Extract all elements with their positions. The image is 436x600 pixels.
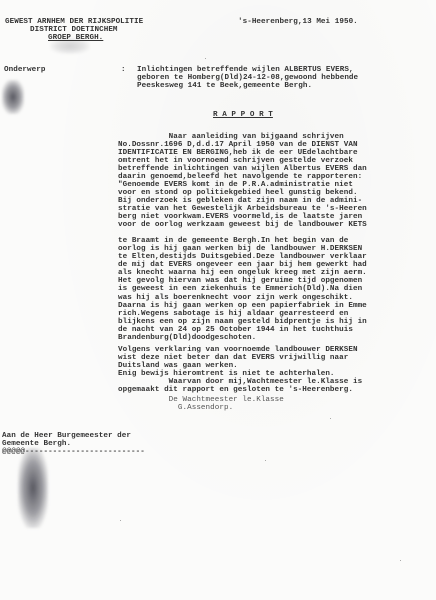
scan-speck — [120, 520, 121, 521]
subject-line-1: Inlichtingen betreffende wijlen ALBERTUS… — [137, 66, 354, 74]
addressee-line1: Aan de Heer Burgemeester der — [2, 432, 131, 440]
subject-colon: : — [121, 66, 126, 74]
addressee-line2: Gemeente Bergh. — [2, 440, 71, 448]
body-line: wist deze niet beter dan dat EVERS vrijw… — [118, 354, 348, 362]
body-line: No.Dossnr.1696 D,d.d.17 April 1950 van d… — [118, 141, 358, 149]
scan-speck — [265, 460, 266, 461]
body-line: is geweest in een ziekenhuis te Emmerich… — [118, 285, 362, 293]
scan-smudge-top — [2, 80, 24, 114]
body-line: stratie van het Gewestelijk Arbeidsburea… — [118, 205, 367, 213]
subject-line-3: Peeskesweg 141 te Beek,gemeente Bergh. — [137, 82, 312, 90]
body-line: Brandenburg(Dld)doodgeschoten. — [118, 334, 256, 342]
body-line: berg niet voorkwam.EVERS voormeld,is de … — [118, 213, 362, 221]
body-line: Duitsland was gaan werken. — [118, 362, 238, 370]
body-line: als knecht waarna hij een ongeluk kreeg … — [118, 269, 367, 277]
body-line: de nacht van 24 op 25 October 1944 in he… — [118, 326, 353, 334]
body-line: Naar aanleiding van bijgaand schrijven — [118, 133, 344, 141]
body-line: oorlog is hij gaan werken bij de landbou… — [118, 245, 362, 253]
signature-name: G.Assendorp. — [118, 404, 233, 412]
body-line: was hij als boerenknecht voor zijn werk … — [118, 294, 353, 302]
body-line: Enig bewijs hieromtrent is niet te achte… — [118, 370, 335, 378]
addressee-rule: @@@@@-------------------------- — [2, 448, 145, 456]
body-line: Volgens verklaring van voornoemde landbo… — [118, 346, 358, 354]
body-line: Bij onderzoek is gebleken dat zijn naam … — [118, 197, 362, 205]
body-line: rich.Wegens sabotage is hij aldaar gearr… — [118, 310, 348, 318]
report-title: R A P P O R T — [213, 111, 273, 119]
scanned-document-page: GEWEST ARNHEM DER RIJKSPOLITIE DISTRICT … — [0, 0, 436, 600]
body-line: voor de oorlog werkzaam geweest bij de l… — [118, 221, 367, 229]
body-line: de mij dat EVERS ongeveer een jaar bij h… — [118, 261, 367, 269]
signature-title: De Wachtmeester le.Klasse — [118, 396, 284, 404]
letterhead-line2: DISTRICT DOETINCHEM — [30, 26, 118, 34]
body-line: "Genoemde EVERS komt in de P.R.A.adminis… — [118, 181, 353, 189]
body-line: Het gevolg hiervan was dat hij geruime t… — [118, 277, 362, 285]
scan-speck — [400, 560, 401, 561]
date-line: 's-Heerenberg,13 Mei 1950. — [238, 18, 358, 26]
body-line: opgemaakt dit rapport en gesloten te 's-… — [118, 386, 353, 394]
body-line: IDENTIFICATIE EN BERGING,heb ik de eer U… — [118, 149, 358, 157]
scan-speck — [330, 418, 331, 419]
body-line: Daarna is hij gaan werken op een papierf… — [118, 302, 367, 310]
body-line: voor en stond op politiekgebied heel gun… — [118, 189, 358, 197]
letterhead-line1: GEWEST ARNHEM DER RIJKSPOLITIE — [5, 18, 143, 26]
body-line: omtrent het in voornoemd schrijven geste… — [118, 157, 353, 165]
body-line: Waarvan door mij,Wachtmeester le.Klasse … — [118, 378, 362, 386]
body-line: betreffende inlichtingen van wijlen Albe… — [118, 165, 367, 173]
scan-speck — [205, 58, 206, 59]
body-line: blijkens een op zijn naam gesteld bidpre… — [118, 318, 367, 326]
subject-label: Onderwerp — [4, 66, 45, 74]
letterhead-line3: GROEP BERGH. — [48, 34, 103, 42]
body-line: te Elten,destijds Duitsgebied.Deze landb… — [118, 253, 367, 261]
body-line: daarin genoemd,beleefd het navolgende te… — [118, 173, 362, 181]
scan-smudge-bottom — [18, 448, 48, 528]
body-line: te Braamt in de gemeente Bergh.In het be… — [118, 237, 348, 245]
subject-line-2: geboren te Homberg(Dld)24-12-08,gewoond … — [137, 74, 358, 82]
